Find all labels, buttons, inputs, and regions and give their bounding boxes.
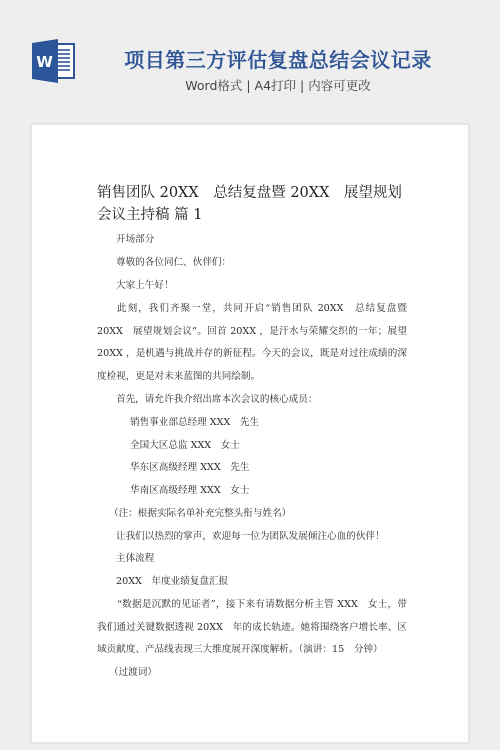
- banner-header: W 项目第三方评估复盘总结会议记录 Word格式 | A4打印 | 内容可更改: [0, 0, 500, 110]
- document-title: 销售团队 20XX 总结复盘暨 20XX 展望规划会议主持稿 篇 1: [97, 182, 407, 226]
- good-morning: 大家上午好！: [116, 275, 406, 298]
- intro-paragraph: 此刻，我们齐聚一堂，共同开启“销售团队 20XX 总结复盘暨 20XX 展望规划…: [97, 298, 407, 389]
- review-heading: 20XX 年度业绩复盘汇报: [116, 571, 406, 594]
- member-item: 销售事业部总经理 XXX 先生: [130, 412, 406, 435]
- greeting: 尊敬的各位同仁、伙伴们：: [116, 252, 406, 275]
- review-paragraph: “数据是沉默的见证者”，接下来有请数据分析主管 XXX 女士，带我们通过关键数据…: [97, 594, 407, 662]
- introduce-members: 首先，请允许我介绍出席本次会议的核心成员：: [116, 389, 406, 412]
- word-icon-letter: W: [36, 53, 53, 71]
- applause-line: 让我们以热烈的掌声，欢迎每一位为团队发展倾注心血的伙伴！: [116, 526, 406, 549]
- member-item: 华东区高级经理 XXX 先生: [130, 457, 406, 480]
- transition-note: （过渡词）: [109, 662, 409, 685]
- opening-heading: 开场部分: [116, 229, 406, 252]
- word-document-icon: W: [31, 39, 77, 83]
- member-item: 全国大区总监 XXX 女士: [130, 435, 406, 458]
- banner-subtitle: Word格式 | A4打印 | 内容可更改: [118, 76, 438, 94]
- note: （注：根据实际名单补充完整头衔与姓名）: [109, 503, 409, 526]
- banner-title: 项目第三方评估复盘总结会议记录: [118, 44, 438, 73]
- member-item: 华南区高级经理 XXX 女士: [130, 480, 406, 503]
- main-heading: 主体流程: [116, 548, 406, 571]
- document-page: 销售团队 20XX 总结复盘暨 20XX 展望规划会议主持稿 篇 1 开场部分 …: [31, 124, 469, 743]
